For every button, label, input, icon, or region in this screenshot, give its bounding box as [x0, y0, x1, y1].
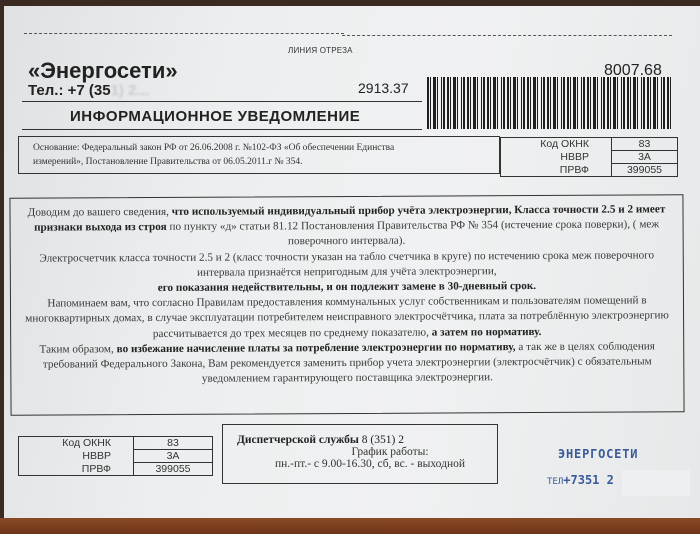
basis-line-1: Основание: Федеральный закон РФ от 26.06… — [33, 141, 499, 155]
basis-line-2: измерений», Постановление Правительства … — [33, 155, 499, 169]
text: Таким образом, — [39, 343, 116, 355]
paragraph-3: Напоминаем вам, что согласно Правилам пр… — [19, 294, 675, 343]
notice-title: ИНФОРМАЦИОННОЕ УВЕДОМЛЕНИЕ — [70, 108, 360, 125]
dispatch-info-box: Диспетчерской службы 8 (351) 2 График ра… — [222, 424, 498, 484]
amount-left: 2913.37 — [358, 80, 409, 96]
divider — [22, 101, 422, 102]
emphasis: его показания недействительны, и он подл… — [158, 280, 536, 294]
paragraph-4: Таким образом, во избежание начисление п… — [19, 339, 675, 388]
code-value: 83 — [612, 138, 678, 151]
code-label: ПРВФ — [19, 463, 134, 476]
code-value: 3А — [134, 450, 213, 463]
code-label: НВВР — [501, 151, 612, 164]
barcode — [427, 77, 672, 129]
paragraph-1: Доводим до вашего сведения, что использу… — [18, 202, 674, 251]
code-value: 3А — [612, 151, 678, 164]
text: Доводим до вашего сведения, — [28, 206, 172, 219]
stamp-phone: ТЕЛ+7351 2 — [547, 473, 614, 487]
legal-basis-box: Основание: Федеральный закон РФ от 26.06… — [18, 136, 500, 174]
company-phone: Тел.: +7 (351) 2... — [28, 82, 149, 99]
schedule-title: График работы: — [223, 446, 497, 458]
codes-table-bottom: Код ОКНК83 НВВР3А ПРВФ399055 — [18, 436, 213, 476]
code-value: 83 — [134, 437, 213, 450]
redaction-mask — [622, 470, 690, 496]
text: Электросчетчик класса точности 2.5 и 2 (… — [39, 249, 654, 279]
stamp-phone-label: ТЕЛ — [547, 477, 563, 487]
code-label: Код ОКНК — [501, 138, 612, 151]
dispatch-label: Диспетчерской службы — [237, 434, 359, 446]
codes-table-top: Код ОКНК83 НВВР3А ПРВФ399055 — [500, 137, 678, 177]
cut-line-label: ЛИНИЯ ОТРЕЗА — [288, 46, 353, 55]
code-label: Код ОКНК — [19, 437, 134, 450]
paragraph-2: Электросчетчик класса точности 2.5 и 2 (… — [19, 248, 675, 297]
text: Напоминаем вам, что согласно Правилам пр… — [25, 295, 669, 340]
notice-body: Доводим до вашего сведения, что использу… — [9, 194, 684, 416]
code-value: 399055 — [134, 463, 213, 476]
stamp-company-name: ЭНЕРГОСЕТИ — [558, 447, 638, 461]
phone-masked: 1) 2... — [111, 82, 149, 99]
phone-prefix: Тел.: +7 (35 — [28, 82, 111, 99]
stamp-phone-number: +7351 2 — [563, 473, 614, 487]
text: по пункту «д» статьи 81.12 Постановления… — [167, 219, 659, 248]
emphasis: а затем по нормативу. — [432, 326, 542, 339]
cut-line — [24, 33, 344, 34]
dispatch-phone: 8 (351) 2 — [359, 434, 404, 446]
code-label: ПРВФ — [501, 164, 612, 177]
code-label: НВВР — [19, 450, 134, 463]
table-surface — [0, 518, 700, 534]
company-name: «Энергосети» — [28, 58, 178, 84]
dispatch-line: Диспетчерской службы 8 (351) 2 — [223, 434, 497, 446]
cut-line-right — [342, 35, 672, 36]
emphasis: во избежание начисление платы за потребл… — [117, 341, 516, 355]
code-value: 399055 — [612, 164, 678, 177]
divider — [22, 129, 422, 130]
schedule-hours: пн.-пт.- с 9.00-16.30, сб, вс. - выходно… — [223, 458, 497, 470]
